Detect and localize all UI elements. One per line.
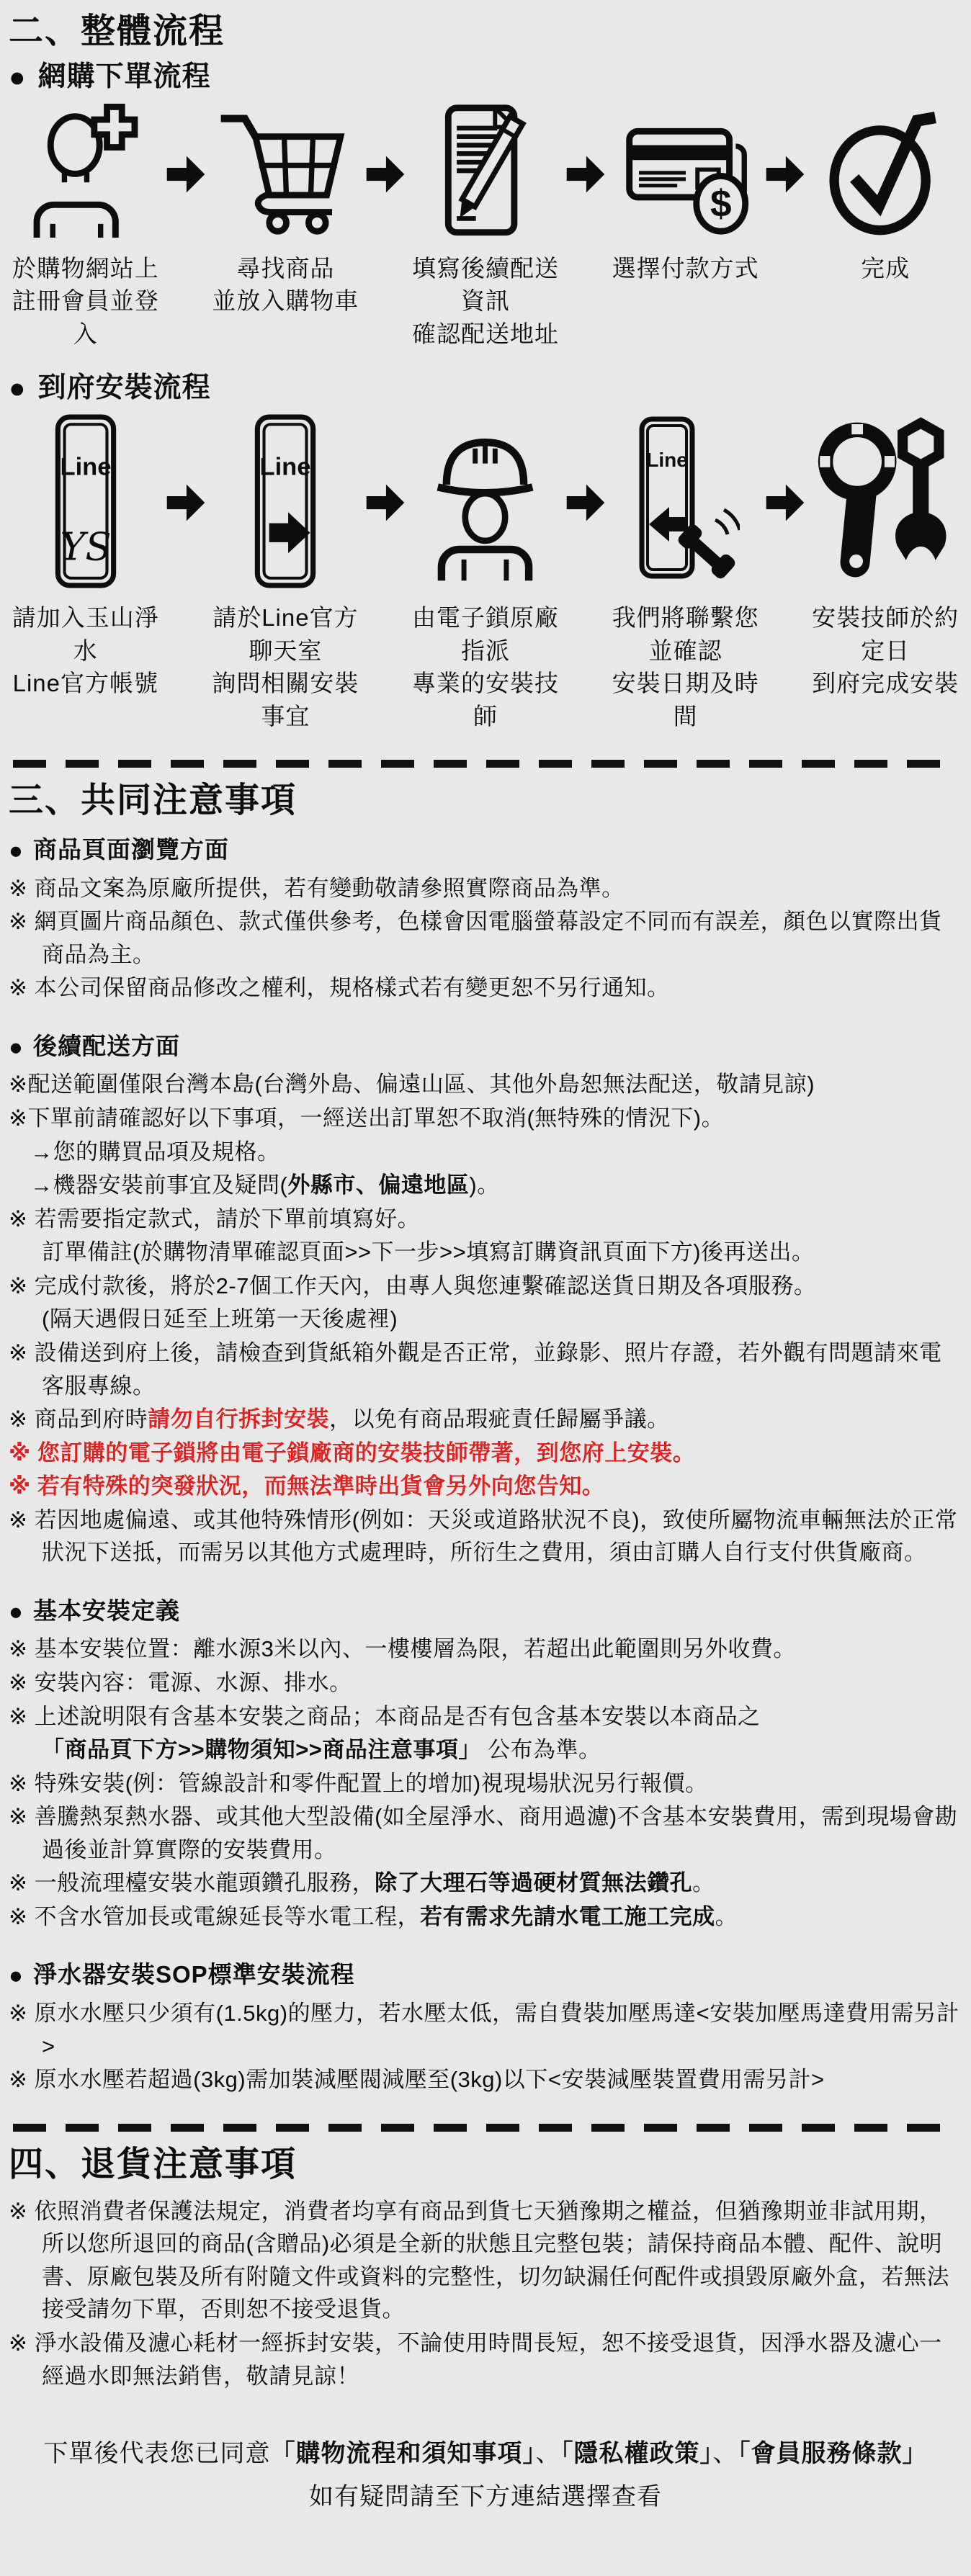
line-app-ys-icon: Line YS (42, 408, 130, 594)
flow-step: 於購物網站上註冊會員並登入 (9, 97, 163, 351)
note-item: ※ 不含水管加長或電線延長等水電工程，若有需求先請水電工施工完成。 (9, 1900, 962, 1934)
group-heading: ●商品頁面瀏覽方面 (9, 834, 962, 866)
note-item: 訂單備註(於購物清單確認頁面>>下一步>>填寫訂購資訊頁面下方)後再送出。 (9, 1236, 962, 1269)
note-item: ※ 若因地處偏遠、或其他特殊情形(例如：天災或道路狀況不良)，致使所屬物流車輛無… (9, 1504, 962, 1569)
step-label: 由電子鎖原廠指派專業的安裝技師 (408, 601, 563, 732)
step-label: 尋找商品並放入購物車 (212, 252, 359, 318)
return-notes: ※ 依照消費者保護法規定，消費者均享有商品到貨七天猶豫期之權益，但猶豫期並非試用… (9, 2195, 962, 2392)
note-text: ※ 設備送到府上後，請檢查到貨紙箱外觀是否正常，並錄影、照片存證，若外觀有問題請… (9, 1340, 942, 1399)
step-label-line: 註冊會員並登入 (9, 284, 163, 350)
group-heading: ●淨水器安裝SOP標準安裝流程 (9, 1959, 962, 1991)
note-item: ※ 您訂購的電子鎖將由電子鎖廠商的安裝技師帶著，到您府上安裝。 (9, 1437, 962, 1470)
note-text: ※ 依照消費者保護法規定，消費者均享有商品到貨七天猶豫期之權益，但猶豫期並非試用… (9, 2199, 949, 2323)
dashed-divider (13, 2124, 958, 2132)
page: 二、整體流程 ● 網購下單流程 於購物網站上註冊會員並登入 尋找商品並放入購物車… (0, 0, 971, 2576)
footer-agreement-line2: 如有疑問請至下方連結選擇查看 (9, 2476, 962, 2519)
group-heading: ●後續配送方面 (9, 1031, 962, 1063)
note-text: 請勿自行拆封安裝 (148, 1406, 329, 1432)
note-item: ※ 上述說明限有含基本安裝之商品；本商品是否有包含基本安裝以本商品之 (9, 1700, 962, 1733)
flow-arrow (163, 482, 209, 524)
note-text: 外縣市、偏遠地區 (287, 1172, 469, 1198)
flow-step: Line 我們將聯繫您並確認安裝日期及時間 (609, 408, 763, 732)
note-text: →機器安裝前事宜及疑問( (30, 1172, 287, 1198)
footer-term: 下單後代表您已同意 (44, 2440, 271, 2467)
note-item: ※ 商品文案為原廠所提供，若有變動敬請參照實際商品為準。 (9, 872, 962, 905)
note-text: ※ 基本安裝位置：離水源3米以內、一樓樓層為限，若超出此範圍則另外收費。 (9, 1636, 796, 1661)
note-text: ※ 善騰熱泵熱水器、或其他大型設備(如全屋淨水、商用過濾)不含基本安裝費用，需到… (9, 1804, 957, 1862)
note-text: ※ 本公司保留商品修改之權利，規格樣式若有變更恕不另行通知。 (9, 975, 670, 1000)
note-text: ※配送範圍僅限台灣本島(台灣外島、偏遠山區、其他外島恕無法配送，敬請見諒) (9, 1072, 815, 1097)
note-item: ※ 原水水壓若超過(3kg)需加裝減壓閥減壓至(3kg)以下<安裝減壓裝置費用需… (9, 2063, 962, 2096)
svg-text:YS: YS (60, 525, 111, 569)
footer-term: 、 (536, 2440, 561, 2467)
note-text: ※下單前請確認好以下事項，一經送出訂單恕不取消(無特殊的情況下)。 (9, 1105, 724, 1131)
note-text: ※ 特殊安裝(例：管線設計和零件配置上的增加)視現場狀況另行報價。 (9, 1771, 708, 1796)
note-text: (隔天遇假日延至上班第一天後處裡) (42, 1306, 398, 1332)
note-list: ※ 商品文案為原廠所提供，若有變動敬請參照實際商品為準。※ 網頁圖片商品顏色、款… (9, 872, 962, 1005)
online-order-flow: 於購物網站上註冊會員並登入 尋找商品並放入購物車 填寫後續配送資訊確認配送地址 … (9, 97, 962, 351)
line-call-icon: Line (632, 408, 740, 594)
step-label-line: Line官方帳號 (9, 667, 163, 700)
group-heading-label: 商品頁面瀏覽方面 (33, 834, 229, 866)
note-text: ※ 原水水壓只少須有(1.5kg)的壓力，若水壓太低，需自費裝加壓馬達<安裝加壓… (9, 2001, 959, 2059)
note-item: ※ 善騰熱泵熱水器、或其他大型設備(如全屋淨水、商用過濾)不含基本安裝費用，需到… (9, 1800, 962, 1866)
note-text: ※ 不含水管加長或電線延長等水電工程， (9, 1904, 420, 1929)
arrow-right-icon (364, 482, 407, 524)
flow2-heading-label: 到府安裝流程 (38, 370, 211, 407)
arrow-right-icon (364, 153, 407, 195)
step-label: 於購物網站上註冊會員並登入 (9, 252, 163, 351)
note-item: ※ 若需要指定款式，請於下單前填寫好。 (9, 1203, 962, 1236)
flow2-heading: ● 到府安裝流程 (9, 370, 962, 407)
flow-step: Line YS請加入玉山淨水Line官方帳號 (9, 408, 163, 700)
svg-text:$: $ (710, 183, 732, 225)
note-text: ※ 一般流理檯安裝水龍頭鑽孔服務， (9, 1870, 375, 1895)
note-text: ※ 若因地處偏遠、或其他特殊情形(例如：天災或道路狀況不良)，致使所屬物流車輛無… (9, 1507, 957, 1566)
bullet-icon: ● (9, 1963, 24, 1987)
group-heading-label: 後續配送方面 (33, 1031, 180, 1063)
technician-icon (404, 408, 566, 594)
note-list: ※ 原水水壓只少須有(1.5kg)的壓力，若水壓太低，需自費裝加壓馬達<安裝加壓… (9, 1997, 962, 2096)
check-icon (816, 97, 954, 245)
note-text: )。 (469, 1172, 499, 1198)
dashed-divider (13, 760, 958, 768)
note-text: ※ 原水水壓若超過(3kg)需加裝減壓閥減壓至(3kg)以下<安裝減壓裝置費用需… (9, 2067, 825, 2092)
note-text: ※ 上述說明限有含基本安裝之商品；本商品是否有包含基本安裝以本商品之 (9, 1704, 761, 1729)
flow-arrow (163, 153, 209, 195)
arrow-right-icon (164, 482, 207, 524)
note-text: 公布為準。 (481, 1737, 601, 1762)
step-label-line: 完成 (861, 252, 910, 285)
note-item: ※ 淨水設備及濾心耗材一經拆封安裝，不論使用時間長短，恕不接受退貨，因淨水器及濾… (9, 2327, 962, 2392)
footer-agreement: 下單後代表您已同意「購物流程和須知事項」、「隱私權政策」、「會員服務條款」 如有… (9, 2433, 962, 2518)
note-text: ※ 安裝內容：電源、水源、排水。 (9, 1670, 352, 1695)
note-text: 。 (715, 1904, 738, 1929)
note-item: ※ 若有特殊的突發狀況，而無法準時出貨會另外向您告知。 (9, 1470, 962, 1503)
flow1-heading-label: 網購下單流程 (38, 59, 211, 96)
flow-arrow (762, 153, 808, 195)
line-chat-arrow-icon: Line (241, 408, 329, 594)
note-text: ※ 若有特殊的突發狀況，而無法準時出貨會另外向您告知。 (9, 1473, 604, 1499)
svg-text:Line: Line (646, 449, 688, 471)
note-item: →機器安裝前事宜及疑問(外縣市、偏遠地區)。 (9, 1169, 962, 1202)
flow-step: 由電子鎖原廠指派專業的安裝技師 (408, 408, 563, 732)
flow-arrow (362, 482, 408, 524)
step-label: 請加入玉山淨水Line官方帳號 (9, 601, 163, 700)
step-label-line: 尋找商品 (212, 252, 359, 285)
step-label-line: 安裝技師於約定日 (808, 601, 962, 667)
flow-step: 填寫後續配送資訊確認配送地址 (408, 97, 563, 351)
footer-term: 「購物流程和須知事項」 (271, 2440, 536, 2467)
step-label: 請於Line官方聊天室詢問相關安裝事宜 (209, 601, 363, 732)
step-label-line: 安裝日期及時間 (609, 667, 763, 732)
bullet-icon: ● (9, 838, 24, 862)
arrow-right-icon (164, 153, 207, 195)
group-heading-label: 基本安裝定義 (33, 1595, 180, 1628)
note-list: ※配送範圍僅限台灣本島(台灣外島、偏遠山區、其他外島恕無法配送，敬請見諒)※下單… (9, 1068, 962, 1569)
step-label: 我們將聯繫您並確認安裝日期及時間 (609, 601, 763, 732)
tools-icon (812, 408, 959, 594)
section2-title: 二、整體流程 (9, 10, 962, 53)
step-label-line: 請加入玉山淨水 (9, 601, 163, 667)
note-item: ※配送範圍僅限台灣本島(台灣外島、偏遠山區、其他外島恕無法配送，敬請見諒) (9, 1068, 962, 1101)
bullet-icon: ● (9, 1035, 24, 1059)
note-item: →您的購買品項及規格。 (9, 1136, 962, 1169)
footer-term: 「會員服務條款」 (738, 2440, 928, 2467)
section4-title: 四、退貨注意事項 (9, 2143, 962, 2186)
step-label-line: 詢問相關安裝事宜 (209, 667, 363, 732)
step-label-line: 由電子鎖原廠指派 (408, 601, 563, 667)
step-label-line: 於購物網站上 (9, 252, 163, 285)
form-pencil-icon (416, 97, 555, 245)
flow-arrow (563, 153, 609, 195)
svg-text:Line: Line (60, 453, 111, 480)
flow-step: 安裝技師於約定日到府完成安裝 (808, 408, 962, 700)
step-label-line: 到府完成安裝 (808, 667, 962, 700)
note-item: ※下單前請確認好以下事項，一經送出訂單恕不取消(無特殊的情況下)。 (9, 1102, 962, 1135)
note-text: →您的購買品項及規格。 (30, 1139, 280, 1164)
note-text: 。 (692, 1870, 715, 1895)
step-label-line: 我們將聯繫您並確認 (609, 601, 763, 667)
note-text: 訂單備註(於購物清單確認頁面>>下一步>>填寫訂購資訊頁面下方)後再送出。 (42, 1239, 815, 1265)
note-item: ※ 設備送到府上後，請檢查到貨紙箱外觀是否正常，並錄影、照片存證，若外觀有問題請… (9, 1337, 962, 1402)
flow-arrow (563, 482, 609, 524)
note-item: ※ 完成付款後，將於2-7個工作天內，由專人與您連繫確認送貨日期及各項服務。 (9, 1270, 962, 1303)
flow1-heading: ● 網購下單流程 (9, 59, 962, 96)
note-text: ※ 若需要指定款式，請於下單前填寫好。 (9, 1206, 420, 1231)
step-label: 填寫後續配送資訊確認配送地址 (408, 252, 563, 351)
note-item: ※ 原水水壓只少須有(1.5kg)的壓力，若水壓太低，需自費裝加壓馬達<安裝加壓… (9, 1997, 962, 2063)
arrow-right-icon (764, 153, 807, 195)
flow-step: Line 請於Line官方聊天室詢問相關安裝事宜 (209, 408, 363, 732)
bullet-icon: ● (9, 63, 27, 91)
arrow-right-icon (564, 153, 607, 195)
step-label-line: 選擇付款方式 (612, 252, 759, 285)
bullet-icon: ● (9, 374, 27, 403)
step-label: 完成 (861, 252, 910, 285)
cart-icon (216, 97, 354, 245)
note-text: ※ 商品到府時 (9, 1406, 148, 1432)
note-item: ※ 一般流理檯安裝水龍頭鑽孔服務，除了大理石等過硬材質無法鑽孔。 (9, 1867, 962, 1900)
common-notes: ●商品頁面瀏覽方面※ 商品文案為原廠所提供，若有變動敬請參照實際商品為準。※ 網… (9, 834, 962, 2096)
card-pay-icon: $ (617, 97, 755, 245)
note-item: 「商品頁下方>>購物須知>>商品注意事項」 公布為準。 (9, 1733, 962, 1767)
note-text: 若有需求先請水電工施工完成 (420, 1904, 715, 1929)
step-label: 選擇付款方式 (612, 252, 759, 285)
footer-term: 、 (713, 2440, 738, 2467)
step-label-line: 請於Line官方聊天室 (209, 601, 363, 667)
note-list: ※ 基本安裝位置：離水源3米以內、一樓樓層為限，若超出此範圍則另外收費。※ 安裝… (9, 1633, 962, 1933)
step-label-line: 並放入購物車 (212, 284, 359, 318)
arrow-right-icon (764, 482, 807, 524)
bullet-icon: ● (9, 1599, 24, 1623)
step-label-line: 確認配送地址 (408, 318, 563, 351)
group-heading-label: 淨水器安裝SOP標準安裝流程 (33, 1959, 355, 1991)
user-register-icon (17, 97, 155, 245)
note-item: ※ 安裝內容：電源、水源、排水。 (9, 1666, 962, 1700)
note-item: ※ 特殊安裝(例：管線設計和零件配置上的增加)視現場狀況另行報價。 (9, 1767, 962, 1800)
home-install-flow: Line YS請加入玉山淨水Line官方帳號 Line 請於Line官方聊天室詢… (9, 408, 962, 732)
footer-term: 「隱私權政策」 (561, 2440, 713, 2467)
flow-step: 完成 (808, 97, 962, 285)
flow-step: 尋找商品並放入購物車 (209, 97, 363, 318)
note-text: ※ 淨水設備及濾心耗材一經拆封安裝，不論使用時間長短，恕不接受退貨，因淨水器及濾… (9, 2330, 942, 2389)
flow-arrow (762, 482, 808, 524)
section3-title: 三、共同注意事項 (9, 779, 962, 822)
step-label: 安裝技師於約定日到府完成安裝 (808, 601, 962, 700)
note-item: (隔天遇假日延至上班第一天後處裡) (9, 1303, 962, 1336)
flow-step: $選擇付款方式 (609, 97, 763, 285)
arrow-right-icon (564, 482, 607, 524)
footer-agreement-line1: 下單後代表您已同意「購物流程和須知事項」、「隱私權政策」、「會員服務條款」 (9, 2433, 962, 2476)
step-label-line: 專業的安裝技師 (408, 667, 563, 732)
note-text: ※ 完成付款後，將於2-7個工作天內，由專人與您連繫確認送貨日期及各項服務。 (9, 1273, 816, 1298)
note-text: ※ 商品文案為原廠所提供，若有變動敬請參照實際商品為準。 (9, 876, 625, 901)
note-text: 除了大理石等過硬材質無法鑽孔 (375, 1870, 692, 1895)
note-text: 「商品頁下方>>購物須知>>商品注意事項」 (42, 1737, 481, 1762)
note-item: ※ 本公司保留商品修改之權利，規格樣式若有變更恕不另行通知。 (9, 971, 962, 1005)
note-item: ※ 網頁圖片商品顏色、款式僅供參考，色樣會因電腦螢幕設定不同而有誤差，顏色以實際… (9, 905, 962, 971)
note-text: ，以免有商品瑕疵責任歸屬爭議。 (329, 1406, 670, 1432)
step-label-line: 填寫後續配送資訊 (408, 252, 563, 318)
group-heading: ●基本安裝定義 (9, 1595, 962, 1628)
note-item: ※ 商品到府時請勿自行拆封安裝，以免有商品瑕疵責任歸屬爭議。 (9, 1403, 962, 1436)
note-text: ※ 您訂購的電子鎖將由電子鎖廠商的安裝技師帶著，到您府上安裝。 (9, 1440, 695, 1466)
note-item: ※ 依照消費者保護法規定，消費者均享有商品到貨七天猶豫期之權益，但猶豫期並非試用… (9, 2195, 962, 2326)
flow-arrow (362, 153, 408, 195)
note-text: ※ 網頁圖片商品顏色、款式僅供參考，色樣會因電腦螢幕設定不同而有誤差，顏色以實際… (9, 909, 942, 967)
note-item: ※ 基本安裝位置：離水源3米以內、一樓樓層為限，若超出此範圍則另外收費。 (9, 1633, 962, 1666)
svg-text:Line: Line (260, 453, 311, 480)
